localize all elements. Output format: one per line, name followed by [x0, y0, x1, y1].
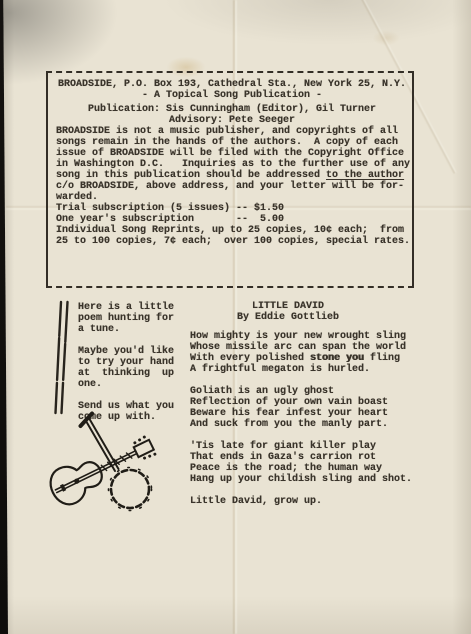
- paper-sheet: BROADSIDE, P.O. Box 193, Cathedral Sta.,…: [0, 0, 471, 634]
- poem-stanza-text-end: fling A frightful megaton is hurled. Gol…: [190, 353, 412, 507]
- copyright-notice-underlined-phrase: to the author: [326, 170, 404, 181]
- reprint-rates: Individual Song Reprints, up to 25 copie…: [56, 225, 408, 247]
- subscription-rates: Trial subscription (5 issues) -- $1.50 O…: [56, 203, 408, 225]
- margin-emphasis-marks: [52, 299, 72, 417]
- masthead-box: BROADSIDE, P.O. Box 193, Cathedral Sta.,…: [46, 71, 414, 288]
- crossed-guitar-banjo-illustration: [42, 410, 177, 518]
- scan-background: { "masthead_box": { "address_line": "BRO…: [0, 0, 471, 634]
- advisory-credit-line: Advisory: Pete Seeger: [56, 115, 408, 126]
- editor-note: Here is a little poem hunting for a tune…: [78, 302, 174, 423]
- publication-credit-line: Publication: Sis Cunningham (Editor), Gi…: [56, 104, 408, 115]
- tagline: - A Topical Song Publication -: [56, 90, 408, 101]
- address-line: BROADSIDE, P.O. Box 193, Cathedral Sta.,…: [56, 79, 408, 90]
- poem-byline: By Eddie Gottlieb: [186, 312, 390, 323]
- poem-body: How mighty is your new wrought sling Who…: [190, 331, 412, 507]
- copyright-notice-text-end: c/o BROADSIDE, above address, and your l…: [56, 181, 404, 203]
- copyright-notice: BROADSIDE is not a music publisher, and …: [56, 126, 408, 203]
- poem-title: LITTLE DAVID: [186, 301, 390, 312]
- poem-overstruck-words: stone you: [310, 353, 364, 364]
